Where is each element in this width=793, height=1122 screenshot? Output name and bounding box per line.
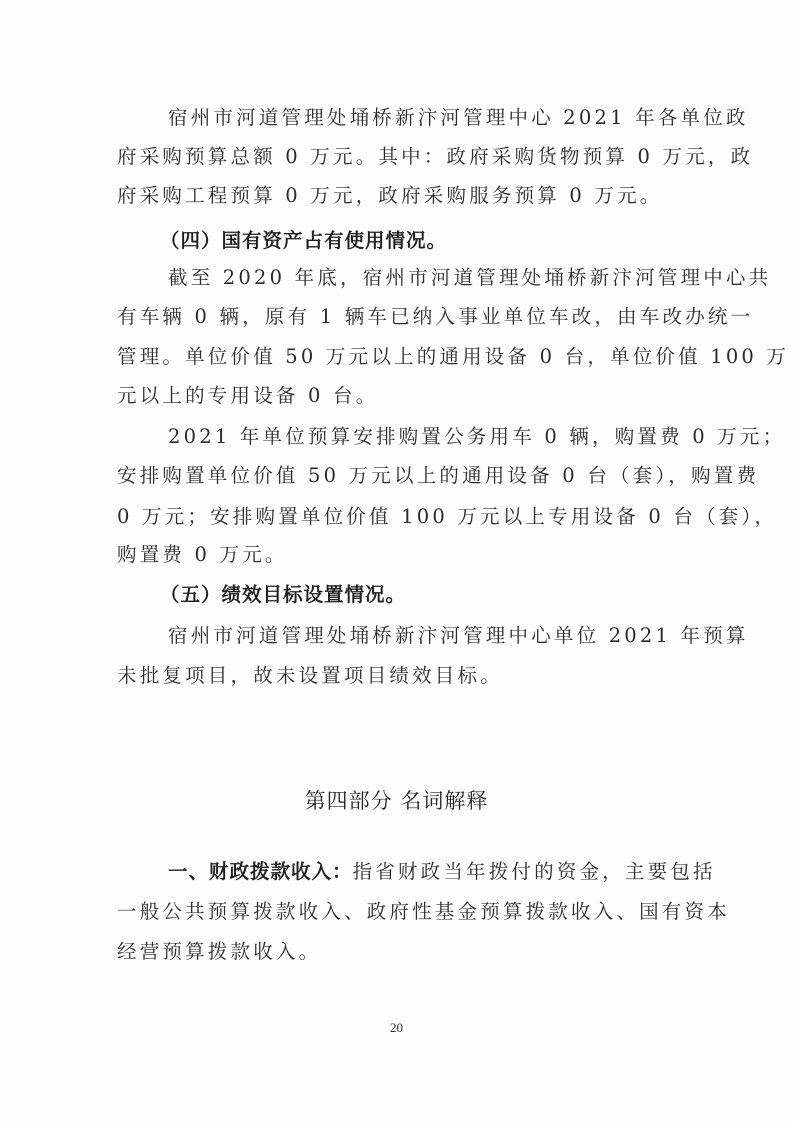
- definition-1-line-2: 一般公共预算拨款收入、政府性基金预算拨款收入、国有资本: [117, 900, 707, 924]
- assets-line-3: 管理。单位价值 50 万元以上的通用设备 0 台，单位价值 100 万: [117, 345, 707, 369]
- part-title: 第四部分 名词解释: [0, 785, 793, 815]
- section-4-heading: （四）国有资产占有使用情况。: [160, 229, 700, 253]
- definition-1-term: 一、财政拨款收入：: [168, 860, 353, 883]
- definition-1-line-1: 一、财政拨款收入：指省财政当年拨付的资金，主要包括: [168, 860, 708, 884]
- assets-line-2: 有车辆 0 辆，原有 1 辆车已纳入事业单位车改，由车改办统一: [117, 305, 707, 329]
- section-5-heading: （五）绩效目标设置情况。: [160, 583, 700, 607]
- performance-line-1: 宿州市河道管理处埇桥新汴河管理中心单位 2021 年预算: [168, 624, 708, 648]
- assets-line-1: 截至 2020 年底，宿州市河道管理处埇桥新汴河管理中心共: [168, 266, 708, 290]
- procurement-line-3: 府采购工程预算 0 万元，政府采购服务预算 0 万元。: [117, 184, 707, 208]
- procurement-line-1: 宿州市河道管理处埇桥新汴河管理中心 2021 年各单位政: [168, 106, 708, 130]
- assets-line-4: 元以上的专用设备 0 台。: [117, 384, 707, 408]
- purchase-line-2: 安排购置单位价值 50 万元以上的通用设备 0 台（套），购置费: [117, 464, 707, 488]
- page-number: 20: [0, 1020, 793, 1036]
- purchase-line-3: 0 万元；安排购置单位价值 100 万元以上专用设备 0 台（套），: [117, 505, 707, 529]
- purchase-line-4: 购置费 0 万元。: [117, 543, 707, 567]
- definition-1-text: 指省财政当年拨付的资金，主要包括: [353, 860, 716, 883]
- procurement-line-2: 府采购预算总额 0 万元。其中：政府采购货物预算 0 万元，政: [117, 145, 707, 169]
- definition-1-line-3: 经营预算拨款收入。: [117, 940, 707, 964]
- purchase-line-1: 2021 年单位预算安排购置公务用车 0 辆，购置费 0 万元；: [168, 425, 708, 449]
- performance-line-2: 未批复项目，故未设置项目绩效目标。: [117, 664, 707, 688]
